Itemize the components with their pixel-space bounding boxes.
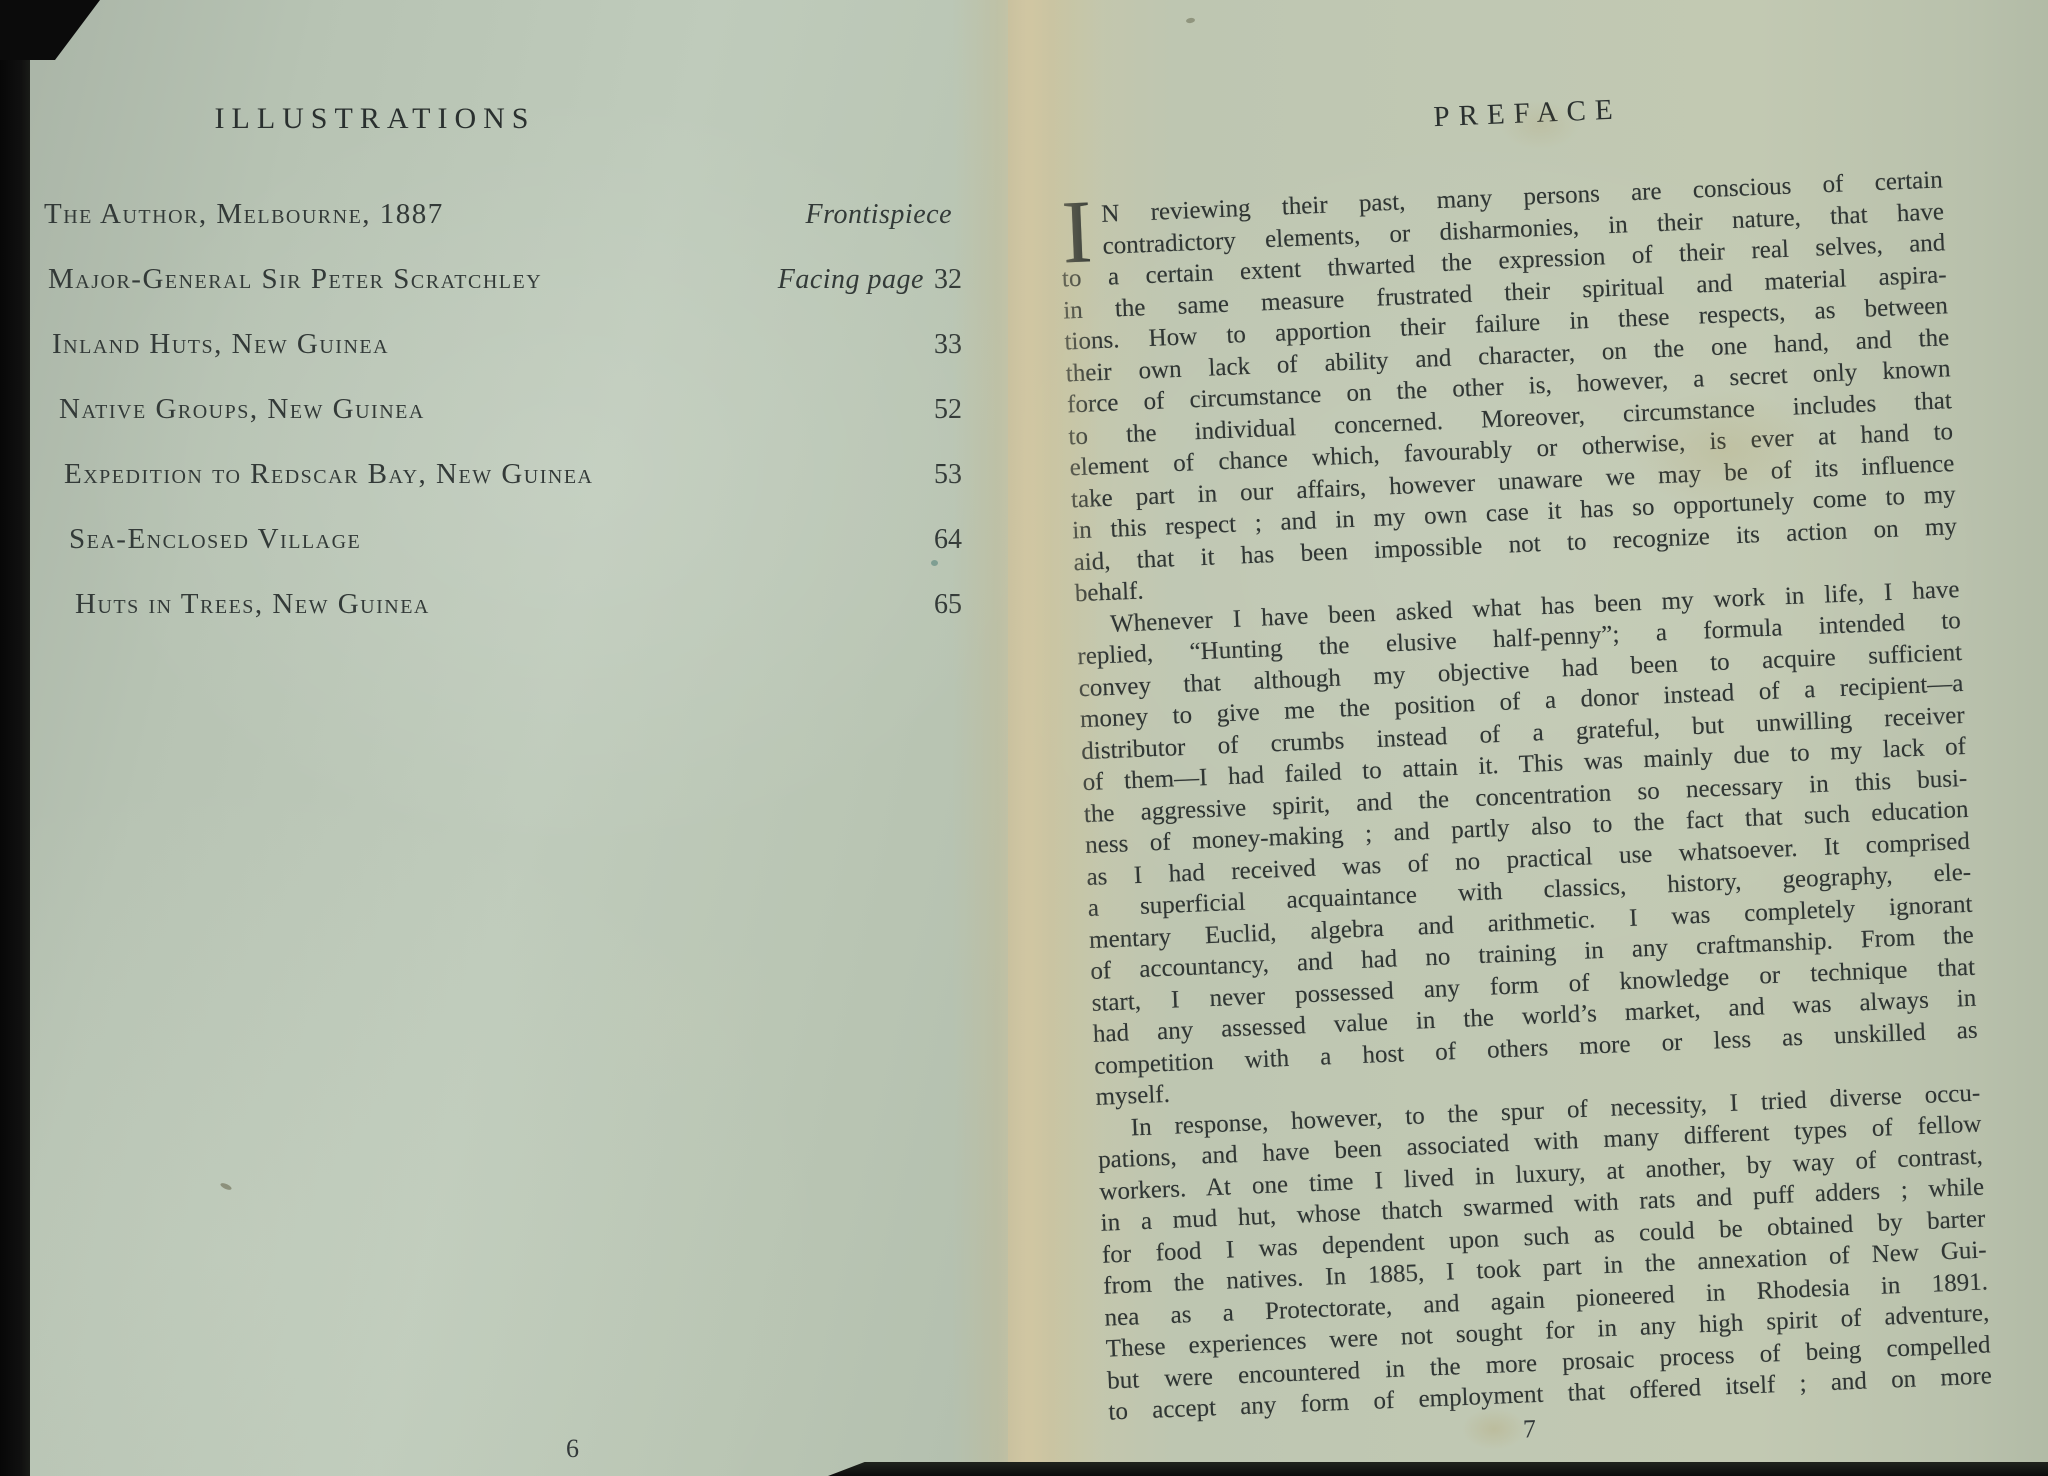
preface-text-block: PREFACE IN reviewing their past, many pe…: [1055, 80, 1993, 1461]
photo-edge-bottom: [828, 1462, 2048, 1476]
preface-paragraph: Whenever I have been asked what has been…: [1076, 574, 1980, 1114]
preface-title: PREFACE: [1115, 80, 1940, 158]
illustration-label: Native Groups, New Guinea: [59, 393, 934, 426]
illustrations-list: The Author, Melbourne, 1887FrontispieceM…: [44, 198, 962, 653]
illustration-entry: Native Groups, New Guinea52: [59, 393, 962, 458]
illustration-note: Frontispiece: [806, 199, 952, 231]
illustration-label: Huts in Trees, New Guinea: [75, 588, 934, 621]
illustration-page-ref: 32: [934, 264, 962, 296]
illustration-label: The Author, Melbourne, 1887: [44, 198, 806, 231]
illustration-page-ref: 65: [934, 589, 962, 621]
illustration-entry: Sea-Enclosed Village64: [69, 523, 962, 588]
preface-paragraph: In response, however, to the spur of nec…: [1096, 1077, 1992, 1428]
preface-body: IN reviewing their past, many persons ar…: [1059, 164, 1993, 1428]
open-book-photo: ILLUSTRATIONS The Author, Melbourne, 188…: [0, 0, 2048, 1476]
preface-paragraph: IN reviewing their past, many persons ar…: [1059, 164, 1959, 609]
illustration-label: Expedition to Redscar Bay, New Guinea: [64, 458, 934, 491]
preface-page: PREFACE IN reviewing their past, many pe…: [1008, 0, 2048, 1476]
illustration-label: Inland Huts, New Guinea: [52, 328, 934, 361]
illustration-label: Sea-Enclosed Village: [69, 523, 934, 556]
illustration-page-ref: 53: [934, 459, 962, 491]
illustration-entry: Major-General Sir Peter ScratchleyFacing…: [48, 263, 962, 328]
illustration-entry: Inland Huts, New Guinea33: [52, 328, 962, 393]
illustrations-title: ILLUSTRATIONS: [145, 102, 605, 136]
left-page-number: 6: [566, 1434, 579, 1464]
drop-cap: I: [1061, 202, 1093, 261]
illustration-label: Major-General Sir Peter Scratchley: [48, 263, 778, 296]
illustration-page-ref: 64: [934, 524, 962, 556]
illustration-page-ref: 52: [934, 394, 962, 426]
illustration-entry: Huts in Trees, New Guinea65: [75, 588, 962, 653]
illustration-page-ref: 33: [934, 329, 962, 361]
illustration-note: Facing page: [778, 264, 924, 296]
photo-edge-left: [0, 0, 30, 1476]
illustration-entry: The Author, Melbourne, 1887Frontispiece: [44, 198, 962, 263]
illustrations-page: ILLUSTRATIONS The Author, Melbourne, 188…: [30, 0, 1008, 1476]
illustration-entry: Expedition to Redscar Bay, New Guinea53: [64, 458, 962, 523]
